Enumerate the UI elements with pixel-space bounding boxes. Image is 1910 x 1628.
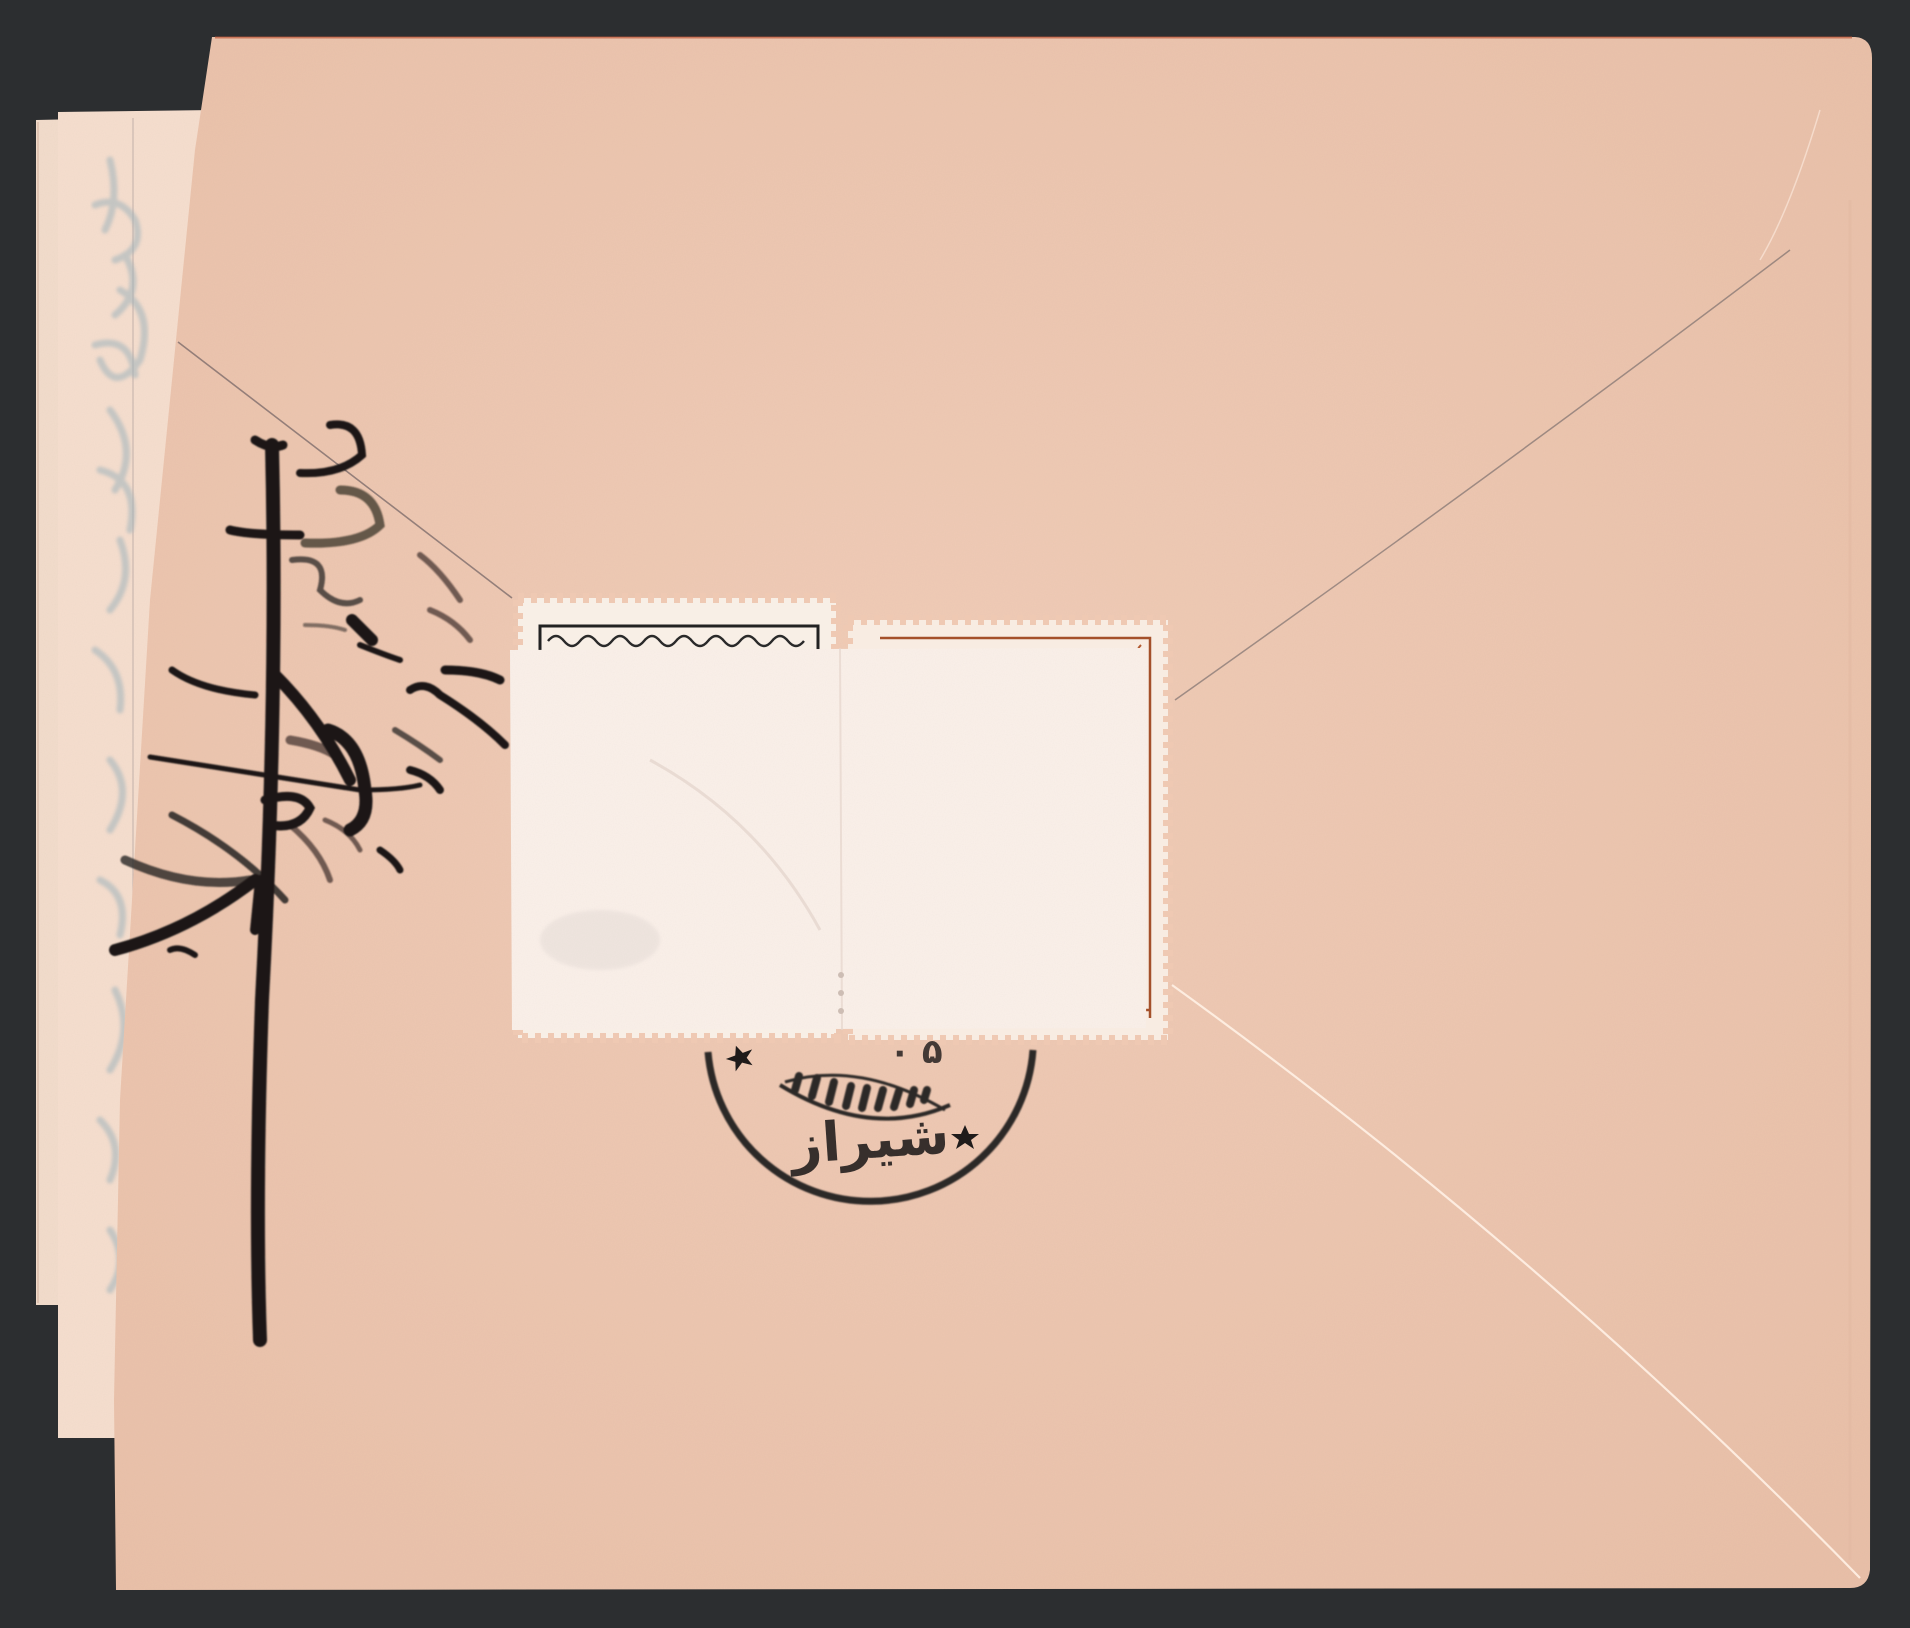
envelope-scan: ۵ ۰ شیراز Back of a postal envelope (cov… <box>0 0 1910 1628</box>
envelope-artwork <box>0 0 1910 1628</box>
stamp-cover-paper <box>510 648 1148 1030</box>
postmark-date: ۵ ۰ <box>856 1032 976 1072</box>
